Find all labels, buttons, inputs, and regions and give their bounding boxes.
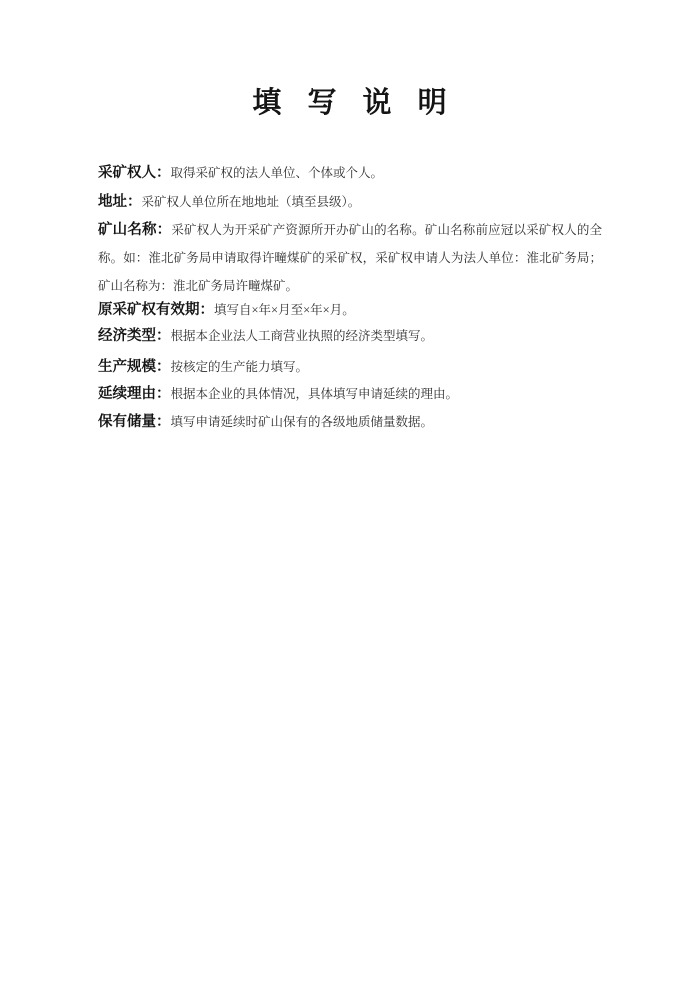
term-description: 按核定的生产能力填写。	[171, 360, 309, 374]
document-page: 填 写 说 明 采矿权人：取得采矿权的法人单位、个体或个人。 地址：采矿权人单位…	[0, 0, 700, 994]
term-description: 采矿权人单位所在地地址（填至县级）。	[142, 195, 361, 209]
instruction-item-mine-name: 矿山名称：采矿权人为开采矿产资源所开办矿山的名称。矿山名称前应冠以采矿权人的全称…	[98, 216, 602, 300]
term-label: 原采矿权有效期：	[98, 302, 214, 318]
term-label: 延续理由：	[98, 386, 171, 402]
instruction-item-mining-right-holder: 采矿权人：取得采矿权的法人单位、个体或个人。	[98, 159, 602, 187]
term-label: 经济类型：	[98, 328, 171, 344]
term-description: 取得采矿权的法人单位、个体或个人。	[171, 166, 384, 180]
term-label: 地址：	[98, 194, 142, 210]
page-title: 填 写 说 明	[0, 0, 700, 120]
instruction-item-address: 地址：采矿权人单位所在地地址（填至县级）。	[98, 188, 602, 216]
term-description: 根据本企业的具体情况，具体填写申请延续的理由。	[171, 387, 459, 401]
term-label: 生产规模：	[98, 359, 171, 375]
term-description: 填写自×年×月至×年×月。	[214, 303, 355, 317]
term-description: 采矿权人为开采矿产资源所开办矿山的名称。矿山名称前应冠以采矿权人的全称。如：淮北…	[98, 223, 602, 293]
instruction-item-economic-type: 经济类型：根据本企业法人工商营业执照的经济类型填写。	[98, 322, 602, 350]
instruction-item-original-validity: 原采矿权有效期：填写自×年×月至×年×月。	[98, 296, 602, 324]
term-label: 采矿权人：	[98, 165, 171, 181]
instruction-item-renewal-reason: 延续理由：根据本企业的具体情况，具体填写申请延续的理由。	[98, 380, 602, 408]
term-label: 矿山名称：	[98, 222, 171, 238]
instructions-list: 采矿权人：取得采矿权的法人单位、个体或个人。 地址：采矿权人单位所在地地址（填至…	[98, 159, 602, 436]
term-description: 填写申请延续时矿山保有的各级地质储量数据。	[171, 415, 434, 429]
instruction-item-production-scale: 生产规模：按核定的生产能力填写。	[98, 353, 602, 381]
instruction-item-retained-reserves: 保有储量：填写申请延续时矿山保有的各级地质储量数据。	[98, 408, 602, 436]
term-label: 保有储量：	[98, 414, 171, 430]
term-description: 根据本企业法人工商营业执照的经济类型填写。	[171, 329, 434, 343]
